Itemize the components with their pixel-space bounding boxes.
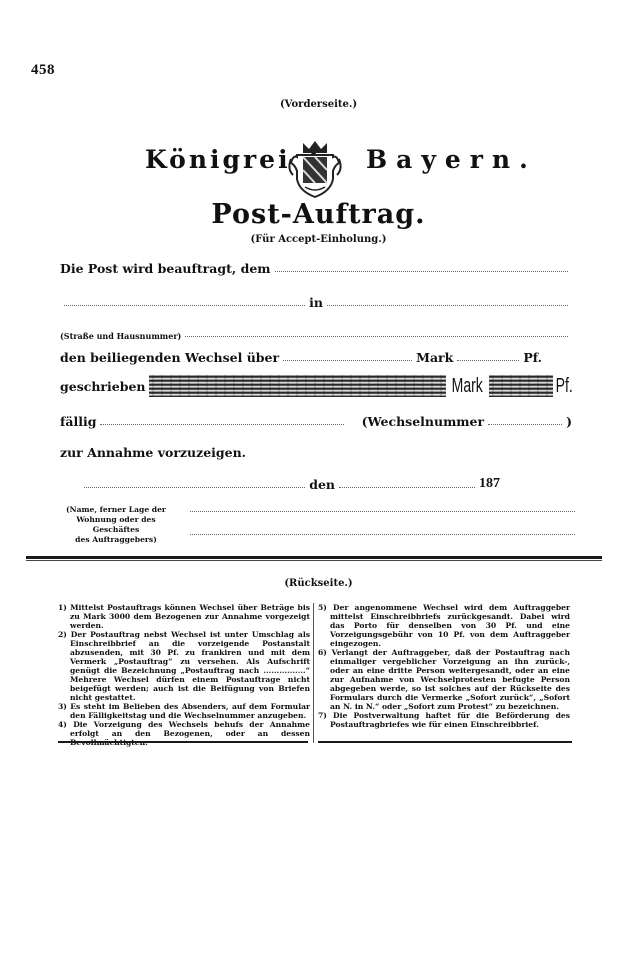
note-7: 7) Die Postverwaltung haftet für die Bef… <box>318 711 570 729</box>
pf-label: Pf. <box>523 350 542 365</box>
place-field[interactable] <box>327 304 568 306</box>
bill-number-close: ) <box>566 414 572 429</box>
sender-field-2[interactable] <box>190 534 575 535</box>
due-line: fällig (Wechselnummer ) <box>60 409 572 429</box>
year-label: 187 <box>479 476 500 492</box>
in-label: in <box>309 295 323 310</box>
sender-label: (Name, ferner Lage der Wohnung oder des … <box>56 505 176 545</box>
street-label: (Straße und Hausnummer) <box>60 331 181 341</box>
notes-left-column: 1) Mittelst Postauftrags können Wechsel … <box>58 603 310 747</box>
street-line: (Straße und Hausnummer) <box>60 321 572 341</box>
front-side-label: (Vorderseite.) <box>0 99 637 110</box>
form-title: Post-Auftrag. <box>0 199 637 230</box>
note-6: 6) Verlangt der Auftraggeber, daß der Po… <box>318 648 570 711</box>
bill-number-label: (Wechselnummer <box>362 414 485 429</box>
written-pf-field[interactable] <box>489 375 553 397</box>
due-label: fällig <box>60 414 96 429</box>
notes-right-column: 5) Der angenommene Wechsel wird dem Auft… <box>318 603 570 729</box>
written-pf-label: Pf. <box>555 375 572 398</box>
title-row: Königreich Bayern. <box>0 130 637 200</box>
present-label: zur Annahme vorzuzeigen. <box>60 445 246 460</box>
date-place-field[interactable] <box>84 486 305 488</box>
recipient-line: Die Post wird beauftragt, dem <box>60 256 572 276</box>
sender-field-1[interactable] <box>190 511 575 512</box>
sender-label-2: Wohnung oder des Geschäftes <box>56 515 176 535</box>
recipient-name-field[interactable] <box>275 270 569 272</box>
bill-number-field[interactable] <box>488 423 562 425</box>
due-date-field[interactable] <box>100 423 343 425</box>
amount-label: den beiliegenden Wechsel über <box>60 350 279 365</box>
street-field[interactable] <box>185 335 568 337</box>
written-amount-line: geschrieben Mark Pf. <box>60 373 572 399</box>
notes-column-divider <box>313 603 314 743</box>
note-1: 1) Mittelst Postauftrags können Wechsel … <box>58 603 310 630</box>
back-side-label: (Rückseite.) <box>0 578 637 589</box>
bavarian-crest-icon <box>283 135 347 199</box>
written-amount-field[interactable] <box>149 375 447 397</box>
location-line: in <box>60 290 572 310</box>
form-subtitle: (Für Accept-Einholung.) <box>0 234 637 245</box>
sender-label-3: des Auftraggebers) <box>56 535 176 545</box>
note-2: 2) Der Postauftrag nebst Wechsel ist unt… <box>58 630 310 702</box>
mark-label: Mark <box>416 350 453 365</box>
date-line: den 187 <box>80 472 500 492</box>
written-mark-label: Mark <box>452 375 483 398</box>
written-label: geschrieben <box>60 379 146 394</box>
den-label: den <box>309 477 335 492</box>
recipient-cont-field[interactable] <box>64 304 305 306</box>
amount-pf-field[interactable] <box>457 359 519 361</box>
title-bavaria: Bayern. <box>366 145 537 174</box>
present-line: zur Annahme vorzuzeigen. <box>60 440 572 460</box>
sender-label-1: (Name, ferner Lage der <box>56 505 176 515</box>
note-3: 3) Es steht im Belieben des Absenders, a… <box>58 702 310 720</box>
section-divider-thin <box>26 560 602 561</box>
note-5: 5) Der angenommene Wechsel wird dem Auft… <box>318 603 570 648</box>
page-number: 458 <box>31 62 55 79</box>
section-divider <box>26 556 602 559</box>
date-field[interactable] <box>339 486 475 488</box>
recipient-label: Die Post wird beauftragt, dem <box>60 261 271 276</box>
notes-right-underline <box>318 741 572 743</box>
notes-left-underline <box>58 741 308 743</box>
amount-line: den beiliegenden Wechsel über Mark Pf. <box>60 345 572 365</box>
amount-mark-field[interactable] <box>283 359 412 361</box>
